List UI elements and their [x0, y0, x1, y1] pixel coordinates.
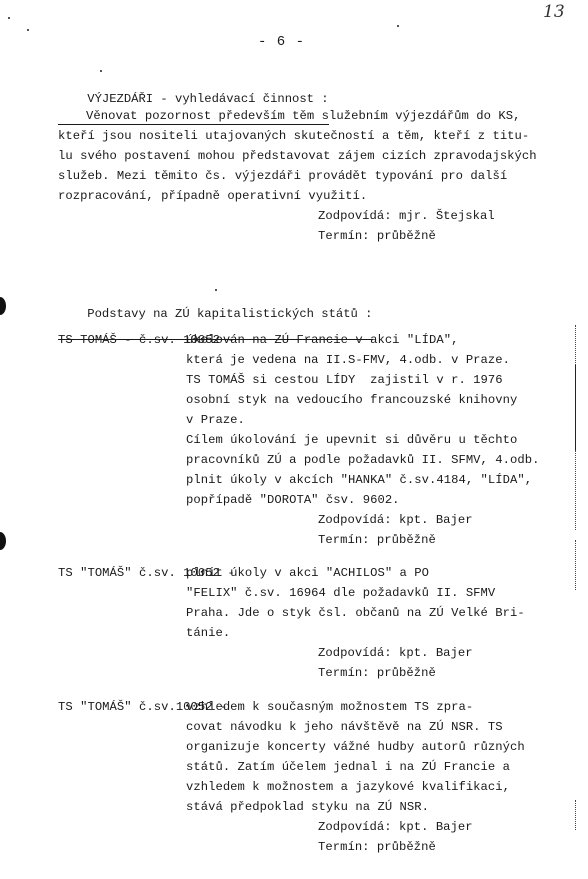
deadline: Termín: průběžně: [318, 229, 436, 243]
responsible-officer: Zodpovídá: kpt. Bajer: [318, 646, 473, 660]
paragraph-line: rozpracování, případně operativní využit…: [58, 189, 367, 203]
entry-line: plnit úkoly v akcích "HANKA" č.sv.4184, …: [186, 473, 532, 487]
paragraph-line: kteří jsou nositeli utajovaných skutečno…: [58, 129, 529, 143]
entry-line: Cílem úkolování je upevnit si důvěru u t…: [186, 433, 517, 447]
margin-mark: [575, 540, 577, 590]
deadline: Termín: průběžně: [318, 666, 436, 680]
entry-line: pracovníků ZÚ a podle požadavků II. SFMV…: [186, 453, 539, 467]
margin-mark: [575, 450, 577, 530]
responsible-officer: Zodpovídá: mjr. Štejskal: [318, 209, 495, 223]
paragraph-line: Věnovat pozornost především těm služební…: [86, 109, 520, 123]
page-number: - 6 -: [258, 34, 305, 50]
entry-line: v Praze.: [186, 413, 245, 427]
entry-line: popřípadě "DOROTA" čsv. 9602.: [186, 493, 400, 507]
entry-line: organizuje koncerty vážné hudby autorů r…: [186, 740, 525, 754]
entry-line: TS TOMÁŠ si cestou LÍDY zajistil v r. 19…: [186, 373, 503, 387]
margin-mark: [575, 800, 577, 830]
entry-line: která je vedena na II.S-FMV, 4.odb. v Pr…: [186, 353, 510, 367]
paragraph-line: služeb. Mezi těmito čs. výjezdáři provád…: [58, 169, 507, 183]
deadline: Termín: průběžně: [318, 533, 436, 547]
entry-line: států. Zatím účelem jednal i na ZÚ Franc…: [186, 760, 510, 774]
entry-line: stává předpoklad styku na ZÚ NSR.: [186, 800, 429, 814]
margin-mark: [575, 325, 577, 365]
scan-speck: [215, 289, 217, 291]
entry-line: osobní styk na vedoucího francouzské kni…: [186, 393, 517, 407]
paragraph-line: lu svého postavení mohou představovat zá…: [58, 149, 537, 163]
folio-number: 13: [543, 2, 565, 22]
entry-line: Praha. Jde o styk čsl. občanů na ZÚ Velk…: [186, 606, 525, 620]
entry-line: plnit úkoly v akci "ACHILOS" a PO: [186, 566, 429, 580]
entry-line: "FELIX" č.sv. 16964 dle požadavků II. SF…: [186, 586, 495, 600]
scan-speck: [397, 25, 399, 27]
punch-hole-mark: [0, 297, 6, 315]
deadline: Termín: průběžně: [318, 840, 436, 854]
entry-line: covat návodku k jeho návštěvě na ZÚ NSR.…: [186, 720, 503, 734]
scan-speck: [100, 70, 102, 72]
punch-hole-mark: [0, 532, 6, 550]
responsible-officer: Zodpovídá: kpt. Bajer: [318, 820, 473, 834]
section-heading-podstavy: Podstavy na ZÚ kapitalistických států :: [58, 293, 373, 335]
entry-line: úkolován na ZÚ Francie v akci "LÍDA",: [186, 333, 458, 347]
document-page: 13 - 6 - VÝJEZDÁŘI - vyhledávací činnost…: [0, 0, 588, 879]
entry-line: vzhledem k možnostem a jazykové kvalifik…: [186, 780, 510, 794]
margin-mark: [575, 365, 577, 450]
entry-line: tánie.: [186, 626, 230, 640]
scan-speck: [27, 29, 29, 31]
entry-line: vzhledem k současným možnostem TS zpra-: [186, 700, 473, 714]
scan-speck: [8, 17, 10, 19]
responsible-officer: Zodpovídá: kpt. Bajer: [318, 513, 473, 527]
